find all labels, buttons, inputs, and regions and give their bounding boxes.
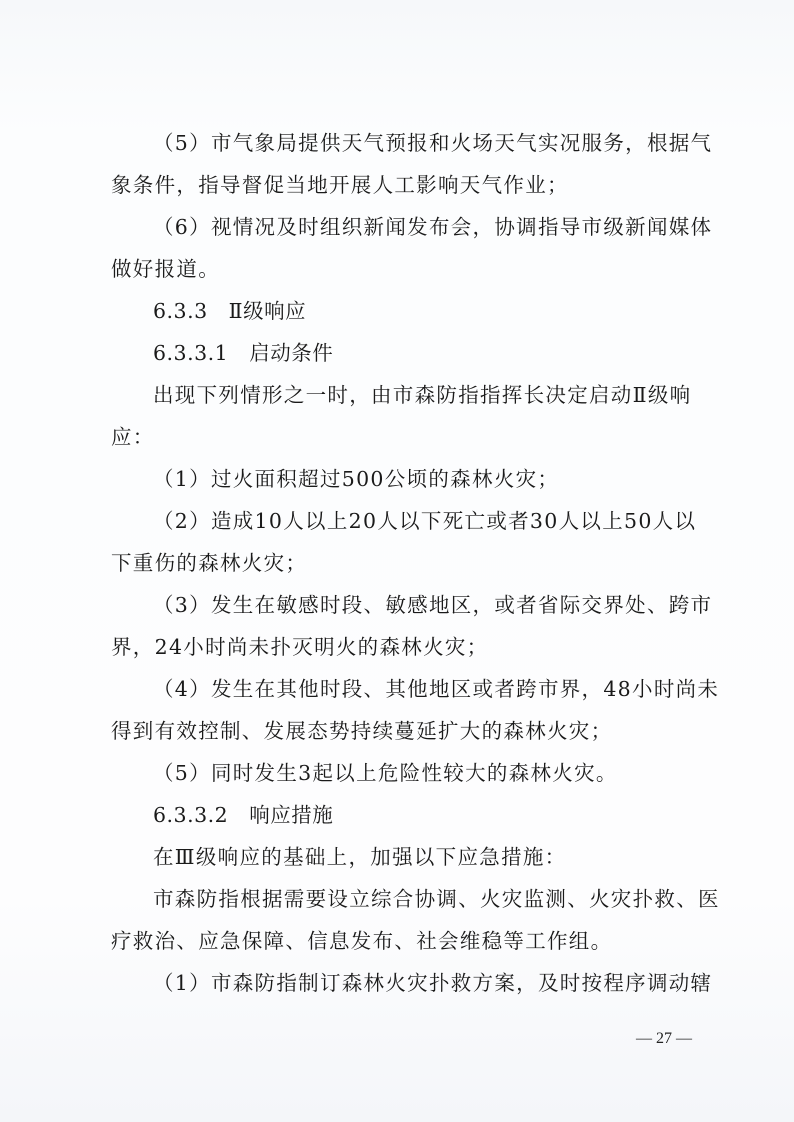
subsection-heading: 6.3.3.2 响应措施: [153, 801, 753, 829]
list-item: （1）过火面积超过500公顷的森林火灾；: [153, 465, 753, 493]
paragraph-line: 在Ⅲ级响应的基础上，加强以下应急措施：: [153, 843, 753, 871]
document-page: （5）市气象局提供天气预报和火场天气实况服务，根据气 象条件，指导督促当地开展人…: [0, 0, 794, 1122]
paragraph-line: 疗救治、应急保障、信息发布、社会维稳等工作组。: [111, 927, 711, 955]
list-item: （5）同时发生3起以上危险性较大的森林火灾。: [153, 759, 753, 787]
paragraph-line: 象条件，指导督促当地开展人工影响天气作业；: [111, 171, 711, 199]
list-item-continuation: 下重伤的森林火灾；: [111, 549, 711, 577]
paragraph-line: （5）市气象局提供天气预报和火场天气实况服务，根据气: [153, 129, 753, 157]
paragraph-line: 做好报道。: [111, 255, 711, 283]
subsection-heading: 6.3.3.1 启动条件: [153, 339, 753, 367]
list-item: （1）市森防指制订森林火灾扑救方案，及时按程序调动辖: [153, 969, 753, 997]
paragraph-line: 市森防指根据需要设立综合协调、火灾监测、火灾扑救、医: [153, 885, 753, 913]
page-number: — 27 —: [636, 1030, 692, 1048]
list-item: （3）发生在敏感时段、敏感地区，或者省际交界处、跨市: [153, 591, 753, 619]
list-item-continuation: 得到有效控制、发展态势持续蔓延扩大的森林火灾；: [111, 717, 711, 745]
list-item: （2）造成10人以上20人以下死亡或者30人以上50人以: [153, 507, 753, 535]
section-heading: 6.3.3 Ⅱ级响应: [153, 297, 753, 325]
list-item-continuation: 界，24小时尚未扑灭明火的森林火灾；: [111, 633, 711, 661]
list-item: （4）发生在其他时段、其他地区或者跨市界，48小时尚未: [153, 675, 753, 703]
paragraph-line: 应：: [111, 423, 711, 451]
paragraph-line: （6）视情况及时组织新闻发布会，协调指导市级新闻媒体: [153, 213, 753, 241]
paragraph-line: 出现下列情形之一时，由市森防指指挥长决定启动Ⅱ级响: [153, 381, 753, 409]
